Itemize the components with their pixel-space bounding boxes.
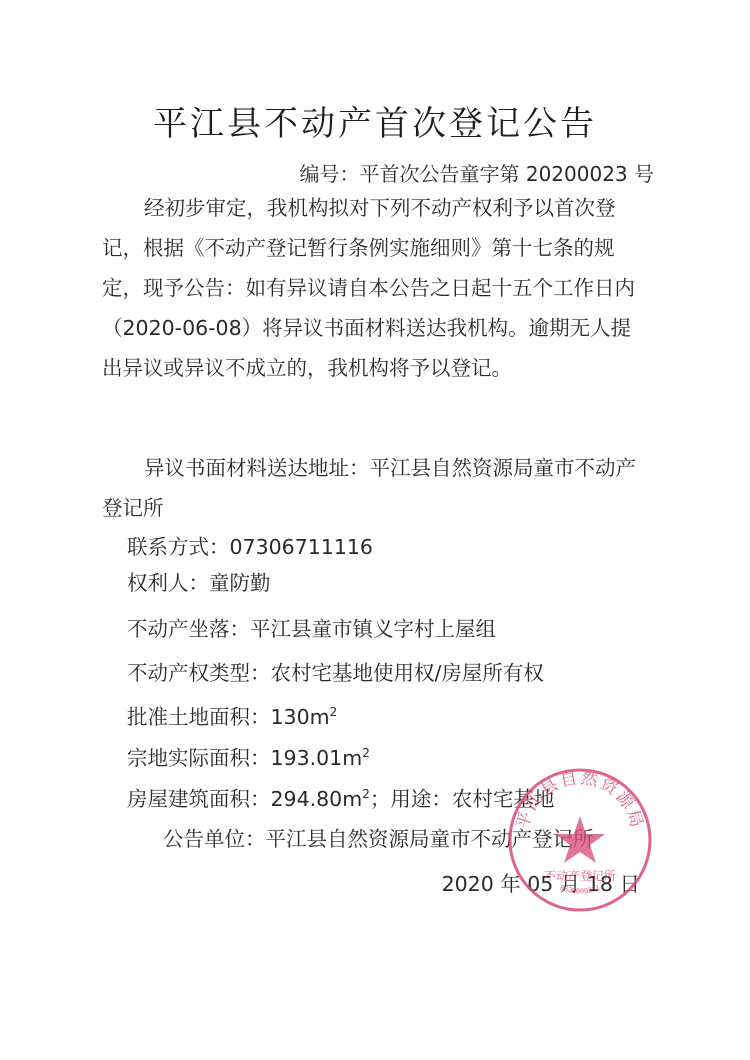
unit-superscript: 2 bbox=[330, 705, 338, 719]
field-owner: 权利人：童防勤 bbox=[127, 566, 271, 596]
unit-superscript: 2 bbox=[362, 746, 370, 760]
field-value: 平江县童市镇义字村上屋组 bbox=[250, 617, 496, 641]
field-label: 批准土地面积： bbox=[127, 705, 271, 729]
field-location: 不动产坐落：平江县童市镇义字村上屋组 bbox=[127, 612, 496, 642]
field-value: 童防勤 bbox=[209, 571, 271, 595]
field-building-area: 房屋建筑面积：294.80m2；用途：农村宅基地 bbox=[127, 782, 554, 812]
seal-inner-text: 不动产登记所 bbox=[544, 868, 616, 883]
field-label: 房屋建筑面积： bbox=[127, 787, 271, 811]
field-value: 130m bbox=[271, 705, 330, 729]
svg-text:0626000231: 0626000231 bbox=[559, 884, 602, 896]
field-label: 不动产坐落： bbox=[127, 617, 250, 641]
notice-paragraph-main: 经初步审定，我机构拟对下列不动产权利予以首次登记，根据《不动产登记暂行条例实施细… bbox=[102, 188, 647, 388]
field-label: 权利人： bbox=[127, 571, 209, 595]
notice-number-label: 编号： bbox=[299, 162, 359, 186]
field-approved-land-area: 批准土地面积：130m2 bbox=[127, 700, 337, 730]
field-value: 193.01m bbox=[271, 746, 363, 770]
field-label: 宗地实际面积： bbox=[127, 746, 271, 770]
field-value: 07306711116 bbox=[230, 535, 373, 559]
page-title: 平江县不动产首次登记公告 bbox=[0, 96, 750, 145]
notice-number-value: 平首次公告童字第 20200023 号 bbox=[359, 162, 654, 186]
objection-address: 异议书面材料送达地址：平江县自然资源局童市不动产登记所 bbox=[102, 448, 647, 528]
official-seal-icon: 平江县自然资源局 不动产登记所 0626000231 bbox=[506, 766, 654, 914]
seal-code: 0626000231 bbox=[559, 884, 602, 896]
publisher-label: 公告单位： bbox=[163, 827, 266, 851]
field-value: 294.80m bbox=[271, 787, 363, 811]
field-right-type: 不动产权类型：农村宅基地使用权/房屋所有权 bbox=[127, 656, 544, 686]
field-actual-parcel-area: 宗地实际面积：193.01m2 bbox=[127, 741, 370, 771]
unit-superscript: 2 bbox=[362, 787, 370, 801]
field-contact: 联系方式：07306711116 bbox=[127, 530, 373, 560]
field-label: 联系方式： bbox=[127, 535, 230, 559]
field-label: 不动产权类型： bbox=[127, 661, 271, 685]
notice-number: 编号：平首次公告童字第 20200023 号 bbox=[299, 158, 654, 187]
field-value: 农村宅基地使用权/房屋所有权 bbox=[271, 661, 544, 685]
